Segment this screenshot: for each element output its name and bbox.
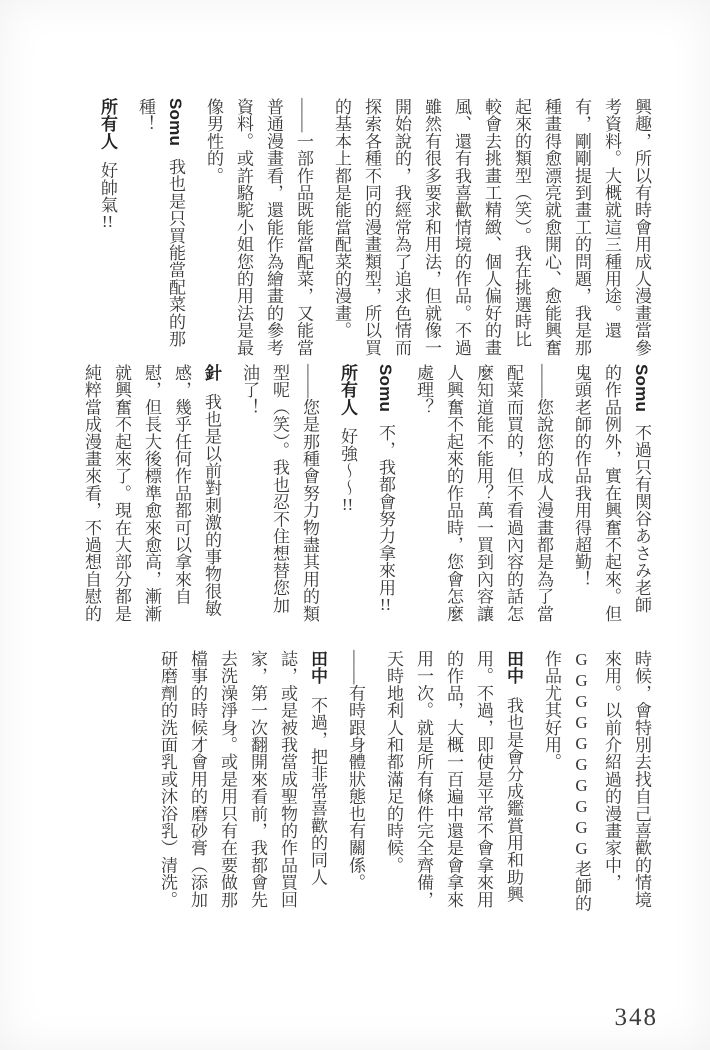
dialogue-text: 不，我都會努力拿來用: [376, 424, 395, 596]
paragraph: Somu我也是只買能當配菜的那種！: [130, 98, 190, 362]
paragraph: 針我也是以前對刺激的事物很敏感，幾乎任何作品都可以拿來自慰，但長大後標準愈來愈高…: [76, 364, 226, 628]
interviewer-text: ——您是那種會努力物盡其用的類型呢（笑）。我也忍不住想替您加油了！: [240, 364, 319, 622]
book-page: 興趣，所以有時會用成人漫畫當參考資料。大概就這三種用途。還有，剛剛提到畫工的問題…: [0, 0, 710, 1050]
page-number: 348: [615, 1004, 659, 1032]
text-band-top: 興趣，所以有時會用成人漫畫當參考資料。大概就這三種用途。還有，剛剛提到畫工的問題…: [56, 98, 656, 362]
interviewer-text: ——有時跟身體狀態也有關係。: [346, 650, 365, 891]
dialogue-text: 我也是以前對刺激的事物很敏感，幾乎任何作品都可以拿來自慰，但長大後標準愈來愈高，…: [82, 364, 221, 622]
paragraph: 時候，會特別去找自己喜歡的情境來用。以前介紹過的漫畫家中，GGGGGGGGGG老…: [536, 650, 656, 914]
dialogue-text: 好強～～: [338, 428, 357, 497]
paragraph: 興趣，所以有時會用成人漫畫當參考資料。大概就這三種用途。還有，剛剛提到畫工的問題…: [326, 98, 656, 362]
paragraph: ——您是那種會努力物盡其用的類型呢（笑）。我也忍不住想替您加油了！: [234, 364, 324, 628]
speaker-name: 所有人: [98, 98, 117, 150]
speaker-name: Somu: [632, 364, 651, 412]
dialogue-text: 我也是會分成鑑賞用和助興用。不過，即使是平常不會拿來用的作品，大概一百遍中還是會…: [384, 650, 523, 908]
speaker-name: Somu: [376, 364, 395, 412]
speaker-name: Somu: [166, 98, 185, 146]
dialogue-text: 好帥氣: [98, 162, 117, 214]
text-band-middle: Somu不過只有関谷あさみ老師的作品例外，實在興奮不起來。但鬼頭老師的作品我用得…: [56, 364, 656, 628]
paragraph: ——一部作品既能當配菜，又能當普通漫畫看，還能作為繪畫的參考資料。或許駱駝小姐您…: [198, 98, 318, 362]
paragraph: Somu不，我都會努力拿來用!!: [370, 364, 400, 628]
paragraph: ——有時跟身體狀態也有關係。: [340, 650, 370, 914]
dialogue-text: 時候，會特別去找自己喜歡的情境來用。以前介紹過的漫畫家中，: [602, 650, 651, 908]
artist-initials: GGGGGGGGGG: [572, 650, 591, 860]
double-exclamation: !!: [98, 213, 117, 230]
speaker-name: 針: [202, 364, 221, 381]
text-band-bottom: 時候，會特別去找自己喜歡的情境來用。以前介紹過的漫畫家中，GGGGGGGGGG老…: [56, 650, 656, 914]
dialogue-text: 興趣，所以有時會用成人漫畫當參考資料。大概就這三種用途。還有，剛剛提到畫工的問題…: [332, 98, 651, 356]
double-exclamation: !!: [376, 596, 395, 613]
paragraph: 所有人好帥氣!!: [92, 98, 122, 362]
paragraph: 田中我也是會分成鑑賞用和助興用。不過，即使是平常不會拿來用的作品，大概一百遍中還…: [378, 650, 528, 914]
paragraph: Somu不過只有関谷あさみ老師的作品例外，實在興奮不起來。但鬼頭老師的作品我用得…: [566, 364, 656, 628]
double-exclamation: !!: [338, 496, 357, 513]
paragraph: 所有人好強～～!!: [332, 364, 362, 628]
speaker-name: 田中: [504, 650, 523, 684]
speaker-name: 所有人: [338, 364, 357, 416]
speaker-name: 田中: [308, 650, 327, 684]
interviewer-text: ——一部作品既能當配菜，又能當普通漫畫看，還能作為繪畫的參考資料。或許駱駝小姐您…: [204, 98, 313, 356]
interviewer-text: ——您說您的成人漫畫都是為了當配菜而買的，但不看過內容的話怎麼知道能不能用？萬一…: [414, 364, 553, 622]
dialogue-text: 不過，把非常喜歡的同人誌，或是被我當成聖物的作品買回家，第一次翻開來看前，我都會…: [158, 650, 327, 908]
paragraph: ——您說您的成人漫畫都是為了當配菜而買的，但不看過內容的話怎麼知道能不能用？萬一…: [408, 364, 558, 628]
paragraph: 田中不過，把非常喜歡的同人誌，或是被我當成聖物的作品買回家，第一次翻開來看前，我…: [152, 650, 332, 914]
